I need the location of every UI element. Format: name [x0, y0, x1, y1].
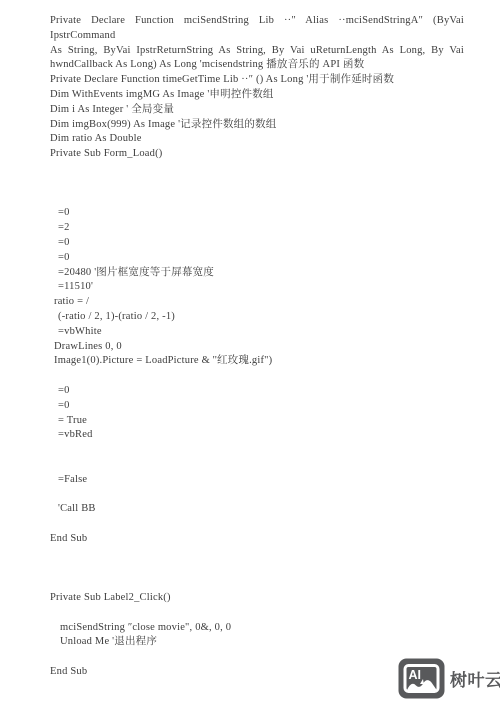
- code-line: hwndCallback As Long) As Long 'mcisendst…: [50, 58, 464, 73]
- code-line: =20480 '图片框宽度等于屏幕宽度: [50, 266, 464, 281]
- code-line: Dim ratio As Double: [50, 132, 464, 147]
- code-line: Image1(0).Picture = LoadPicture & ''红玫瑰.…: [50, 354, 464, 369]
- code-line: Unload Me '退出程序: [50, 635, 464, 650]
- code-line: Dim i As Integer ' 全局变量: [50, 103, 464, 118]
- code-line: DrawLines 0, 0: [50, 340, 464, 355]
- code-line: [50, 443, 464, 458]
- svg-text:AI: AI: [409, 668, 422, 682]
- document-page: Private Declare Function mciSendString L…: [0, 0, 500, 707]
- code-line: Private Sub Label2_Click(): [50, 591, 464, 606]
- code-line: End Sub: [50, 532, 464, 547]
- code-line: [50, 547, 464, 562]
- code-line: =vbRed: [50, 428, 464, 443]
- code-line: [50, 192, 464, 207]
- ai-image-icon: AI: [398, 658, 445, 699]
- code-line: Dim WithEvents imgMG As Image '申明控件数组: [50, 88, 464, 103]
- code-line: [50, 606, 464, 621]
- code-line: (-ratio / 2, 1)-(ratio / 2, -1): [50, 310, 464, 325]
- code-listing: Private Declare Function mciSendString L…: [50, 14, 464, 680]
- code-line: Private Declare Function mciSendString L…: [50, 14, 464, 44]
- code-line: =0: [50, 206, 464, 221]
- code-line: [50, 517, 464, 532]
- code-line: =0: [50, 384, 464, 399]
- brand-name: 树叶云: [450, 666, 500, 691]
- code-line: =0: [50, 251, 464, 266]
- code-line: = True: [50, 414, 464, 429]
- code-line: =0: [50, 236, 464, 251]
- code-line: =2: [50, 221, 464, 236]
- code-line: 'Call BB: [50, 502, 464, 517]
- code-line: =False: [50, 473, 464, 488]
- code-line: [50, 561, 464, 576]
- code-line: [50, 177, 464, 192]
- code-line: =0: [50, 399, 464, 414]
- code-line: =vbWhite: [50, 325, 464, 340]
- code-line: [50, 576, 464, 591]
- code-line: =11510': [50, 280, 464, 295]
- code-line: ratio = /: [50, 295, 464, 310]
- code-line: As String, ByVai IpstrReturnString As St…: [50, 44, 464, 59]
- code-line: [50, 488, 464, 503]
- code-line: [50, 369, 464, 384]
- code-line: [50, 458, 464, 473]
- code-line: Private Declare Function timeGetTime Lib…: [50, 73, 464, 88]
- code-line: Dim imgBox(999) As Image '记录控件数组的数组: [50, 118, 464, 133]
- code-line: Private Sub Form_Load(): [50, 147, 464, 162]
- code-line: mciSendString ″close movie", 0&, 0, 0: [50, 621, 464, 636]
- code-line: [50, 162, 464, 177]
- watermark: AI 树叶云: [398, 658, 500, 699]
